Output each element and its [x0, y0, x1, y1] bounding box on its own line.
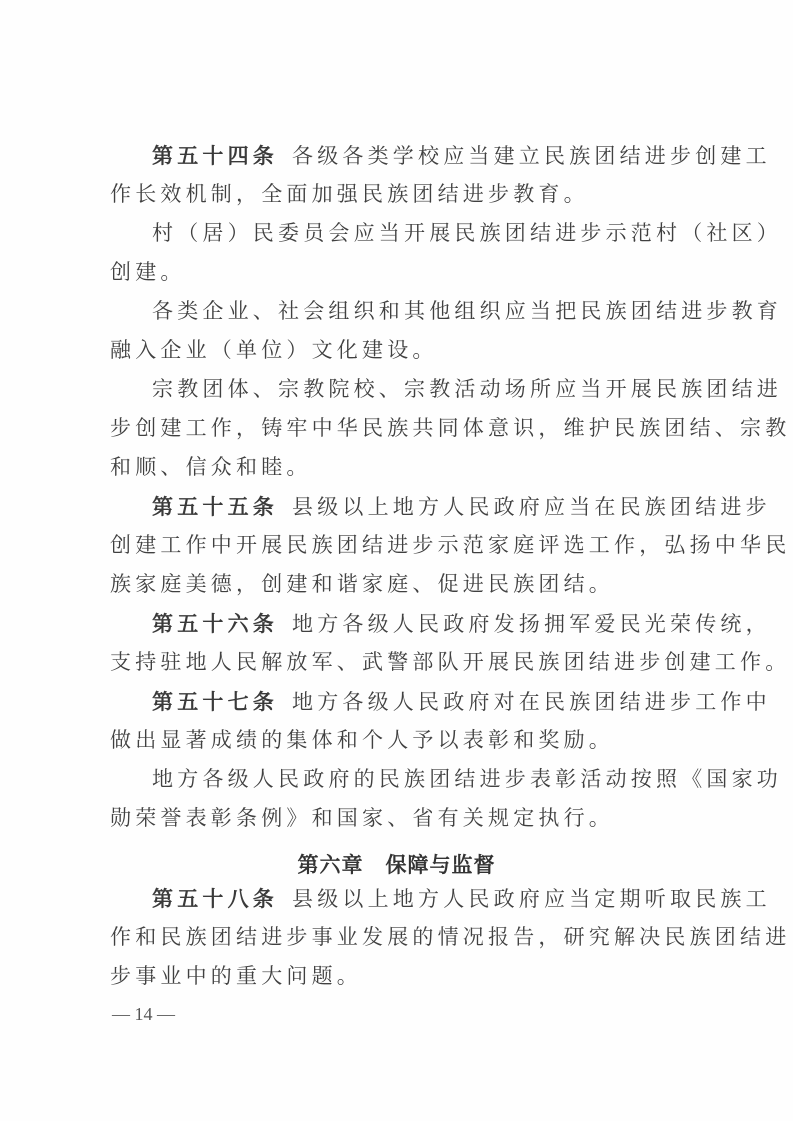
- article-55-line-3: 族家庭美德，创建和谐家庭、促进民族团结。: [110, 574, 614, 595]
- page-number: — 14 —: [112, 1004, 175, 1025]
- paragraph-text: 县级以上地方人民政府应当定期听取民族工: [292, 887, 771, 911]
- paragraph-village-line-2: 创建。: [110, 262, 186, 283]
- article-54-line-2: 作长效机制，全面加强民族团结进步教育。: [110, 184, 589, 205]
- article-56-line-2: 支持驻地人民解放军、武警部队开展民族团结进步创建工作。: [110, 652, 790, 673]
- article-58-line-1: 第五十八条县级以上地方人民政府应当定期听取民族工: [152, 888, 771, 910]
- article-54-line-1: 第五十四条各级各类学校应当建立民族团结进步创建工: [152, 145, 771, 167]
- paragraph-religion-line-1: 宗教团体、宗教院校、宗教活动场所应当开展民族团结进: [152, 379, 782, 400]
- paragraph-commendation-line-2: 勋荣誉表彰条例》和国家、省有关规定执行。: [110, 808, 614, 829]
- article-55-line-2: 创建工作中开展民族团结进步示范家庭评选工作，弘扬中华民: [110, 535, 790, 556]
- article-58-line-3: 步事业中的重大问题。: [110, 966, 362, 987]
- article-number: 第五十七条: [152, 689, 278, 714]
- article-57-line-2: 做出显著成绩的集体和个人予以表彰和奖励。: [110, 730, 614, 751]
- paragraph-village-line-1: 村（居）民委员会应当开展民族团结进步示范村（社区）: [152, 223, 782, 244]
- article-56-line-1: 第五十六条地方各级人民政府发扬拥军爱民光荣传统，: [152, 613, 771, 635]
- article-number: 第五十六条: [152, 611, 278, 636]
- chapter-title: 保障与监督: [386, 853, 496, 877]
- paragraph-religion-line-2: 步创建工作，铸牢中华民族共同体意识，维护民族团结、宗教: [110, 418, 790, 439]
- paragraph-text: 县级以上地方人民政府应当在民族团结进步: [292, 495, 771, 519]
- paragraph-text: 地方各级人民政府对在民族团结进步工作中: [292, 690, 771, 714]
- document-page: 第五十四条各级各类学校应当建立民族团结进步创建工 作长效机制，全面加强民族团结进…: [0, 0, 793, 1121]
- paragraph-commendation-line-1: 地方各级人民政府的民族团结进步表彰活动按照《国家功: [152, 769, 782, 790]
- paragraph-enterprise-line-1: 各类企业、社会组织和其他组织应当把民族团结进步教育: [152, 301, 782, 322]
- article-number: 第五十八条: [152, 886, 278, 911]
- paragraph-enterprise-line-2: 融入企业（单位）文化建设。: [110, 340, 438, 361]
- article-58-line-2: 作和民族团结进步事业发展的情况报告，研究解决民族团结进: [110, 927, 790, 948]
- article-55-line-1: 第五十五条县级以上地方人民政府应当在民族团结进步: [152, 496, 771, 518]
- paragraph-text: 各级各类学校应当建立民族团结进步创建工: [292, 144, 771, 168]
- chapter-number: 第六章: [298, 853, 364, 877]
- chapter-heading: 第六章保障与监督: [0, 849, 793, 879]
- article-57-line-1: 第五十七条地方各级人民政府对在民族团结进步工作中: [152, 691, 771, 713]
- article-number: 第五十四条: [152, 143, 278, 168]
- paragraph-religion-line-3: 和顺、信众和睦。: [110, 457, 312, 478]
- article-number: 第五十五条: [152, 494, 278, 519]
- paragraph-text: 地方各级人民政府发扬拥军爱民光荣传统，: [292, 612, 771, 636]
